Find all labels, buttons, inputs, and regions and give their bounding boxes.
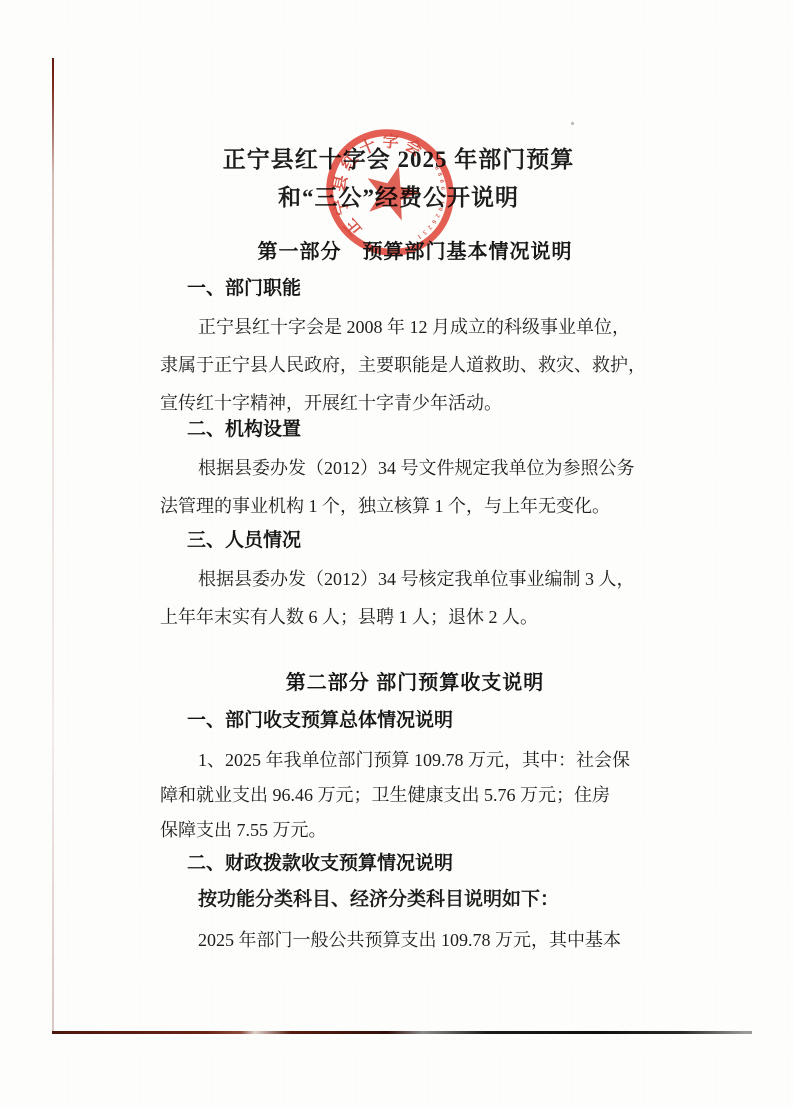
section-heading-personnel: 三、人员情况 bbox=[187, 522, 301, 560]
scan-speck bbox=[571, 122, 574, 125]
body-line: 障和就业支出 96.46 万元；卫生健康支出 5.76 万元；住房 bbox=[160, 776, 610, 814]
section-heading-fiscal-appropriation: 二、财政拨款收支预算情况说明 bbox=[187, 845, 453, 883]
body-line: 2025 年部门一般公共预算支出 109.78 万元，其中基本 bbox=[198, 921, 621, 959]
part2-heading: 第二部分 部门预算收支说明 bbox=[36, 664, 794, 702]
part1-heading: 第一部分 预算部门基本情况说明 bbox=[36, 233, 794, 271]
body-line: 1、2025 年我单位部门预算 109.78 万元，其中：社会保 bbox=[198, 741, 630, 779]
body-line: 正宁县红十字会是 2008 年 12 月成立的科级事业单位， bbox=[198, 308, 630, 346]
body-line: 按功能分类科目、经济分类科目说明如下： bbox=[198, 881, 559, 919]
body-line: 上年年末实有人数 6 人；县聘 1 人；退休 2 人。 bbox=[160, 598, 538, 636]
document-page: 正宁县红十字会 2025 年部门预算 和“三公”经费公开说明 正宁县红十字会 8… bbox=[0, 0, 794, 1108]
body-line: 隶属于正宁县人民政府，主要职能是人道救助、救灾、救护， bbox=[160, 346, 646, 384]
section-heading-org-setup: 二、机构设置 bbox=[187, 411, 301, 449]
body-line: 根据县委办发（2012）34 号文件规定我单位为参照公务 bbox=[198, 449, 635, 487]
seal-star-icon bbox=[359, 159, 425, 223]
body-line: 保障支出 7.55 万元。 bbox=[160, 811, 327, 849]
page-edge-bottom bbox=[52, 1031, 752, 1034]
body-line: 根据县委办发（2012）34 号核定我单位事业编制 3 人， bbox=[198, 560, 635, 598]
body-line: 法管理的事业机构 1 个，独立核算 1 个，与上年无变化。 bbox=[160, 487, 610, 525]
section-heading-dept-functions: 一、部门职能 bbox=[187, 270, 301, 308]
section-heading-budget-overview: 一、部门收支预算总体情况说明 bbox=[187, 702, 453, 740]
